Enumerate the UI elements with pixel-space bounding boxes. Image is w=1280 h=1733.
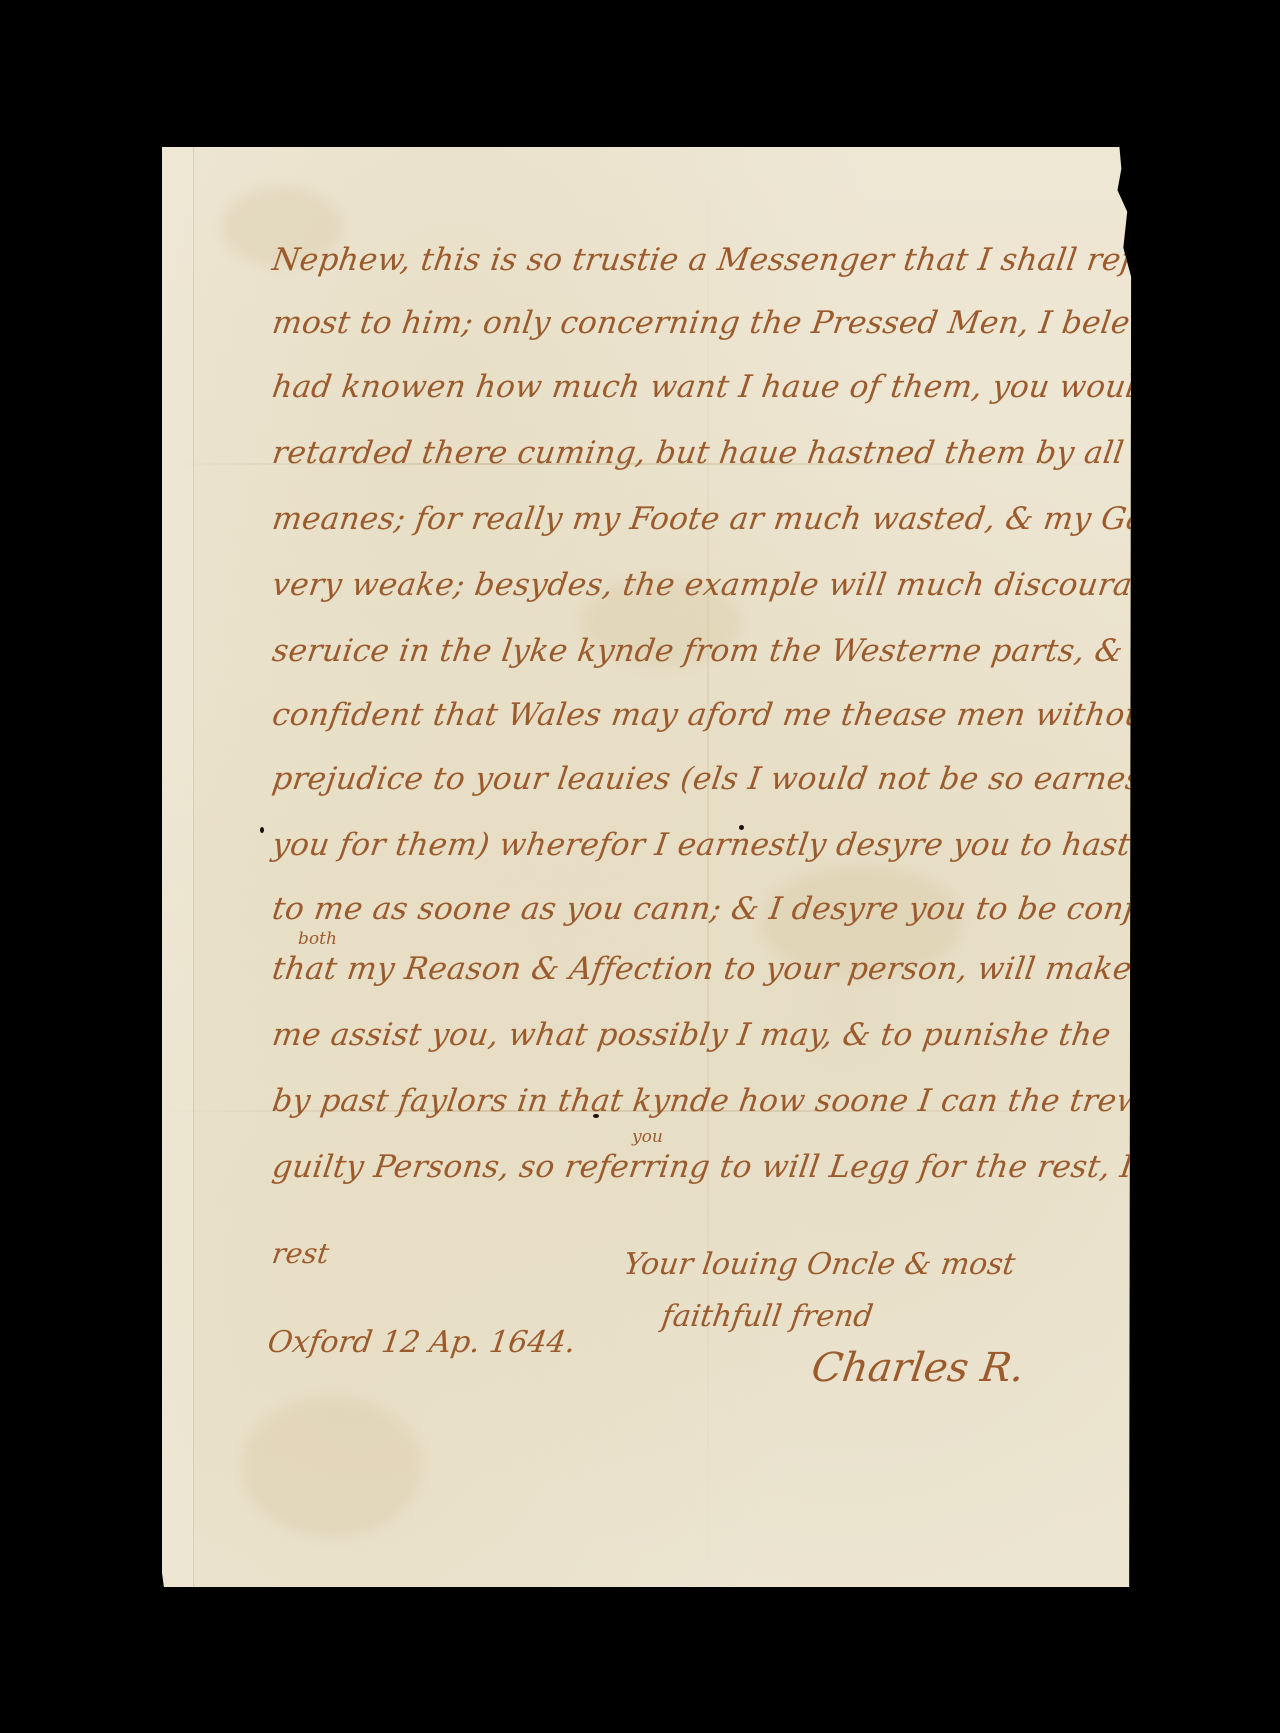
place-date: Oxford 12 Ap. 1644. — [266, 1325, 578, 1360]
letter-line: you for them) wherefor I earnestly desyr… — [270, 827, 1172, 863]
letter-line: rest — [270, 1237, 331, 1270]
letter-line: very weake; besydes, the example will mu… — [270, 567, 1251, 603]
letter-line: guilty Persons, so referring to will Leg… — [270, 1149, 1136, 1185]
interlinear-insertion: you — [632, 1127, 663, 1147]
letter-line: that my Reason & Affection to your perso… — [270, 951, 1134, 987]
valediction-line-1: Your louing Oncle & most — [622, 1247, 1018, 1282]
paper-stain — [242, 1397, 422, 1537]
letter-line: to me as soone as you cann; & I desyre y… — [270, 891, 1220, 927]
letter-line: prejudice to your leauies (els I would n… — [270, 761, 1237, 797]
fold-line — [707, 147, 709, 1587]
letter-line: seruice in the lyke kynde from the Weste… — [270, 633, 1207, 669]
letter-line: retarded there cuming, but haue hastned … — [270, 435, 1267, 471]
letter-line: meanes; for really my Foote ar much wast… — [270, 501, 1245, 537]
letter-line: confident that Wales may aford me thease… — [270, 697, 1160, 733]
ink-spot — [260, 827, 264, 833]
letter-line: Nephew, this is so trustie a Messenger t… — [270, 242, 1203, 278]
letter-line: had knowen how much want I haue of them,… — [270, 369, 1280, 405]
signature: Charles R. — [809, 1345, 1027, 1391]
letter-line: by past faylors in that kynde how soone … — [270, 1083, 1146, 1119]
valediction-line-2: faithfull frend — [660, 1299, 876, 1334]
letter-paper: Nephew, this is so trustie a Messenger t… — [162, 147, 1135, 1587]
interlinear-insertion: both — [298, 929, 337, 949]
paper-left-strip — [162, 147, 194, 1587]
letter-line: me assist you, what possibly I may, & to… — [270, 1017, 1113, 1053]
letter-line: most to him; only concerning the Pressed… — [270, 305, 1271, 341]
